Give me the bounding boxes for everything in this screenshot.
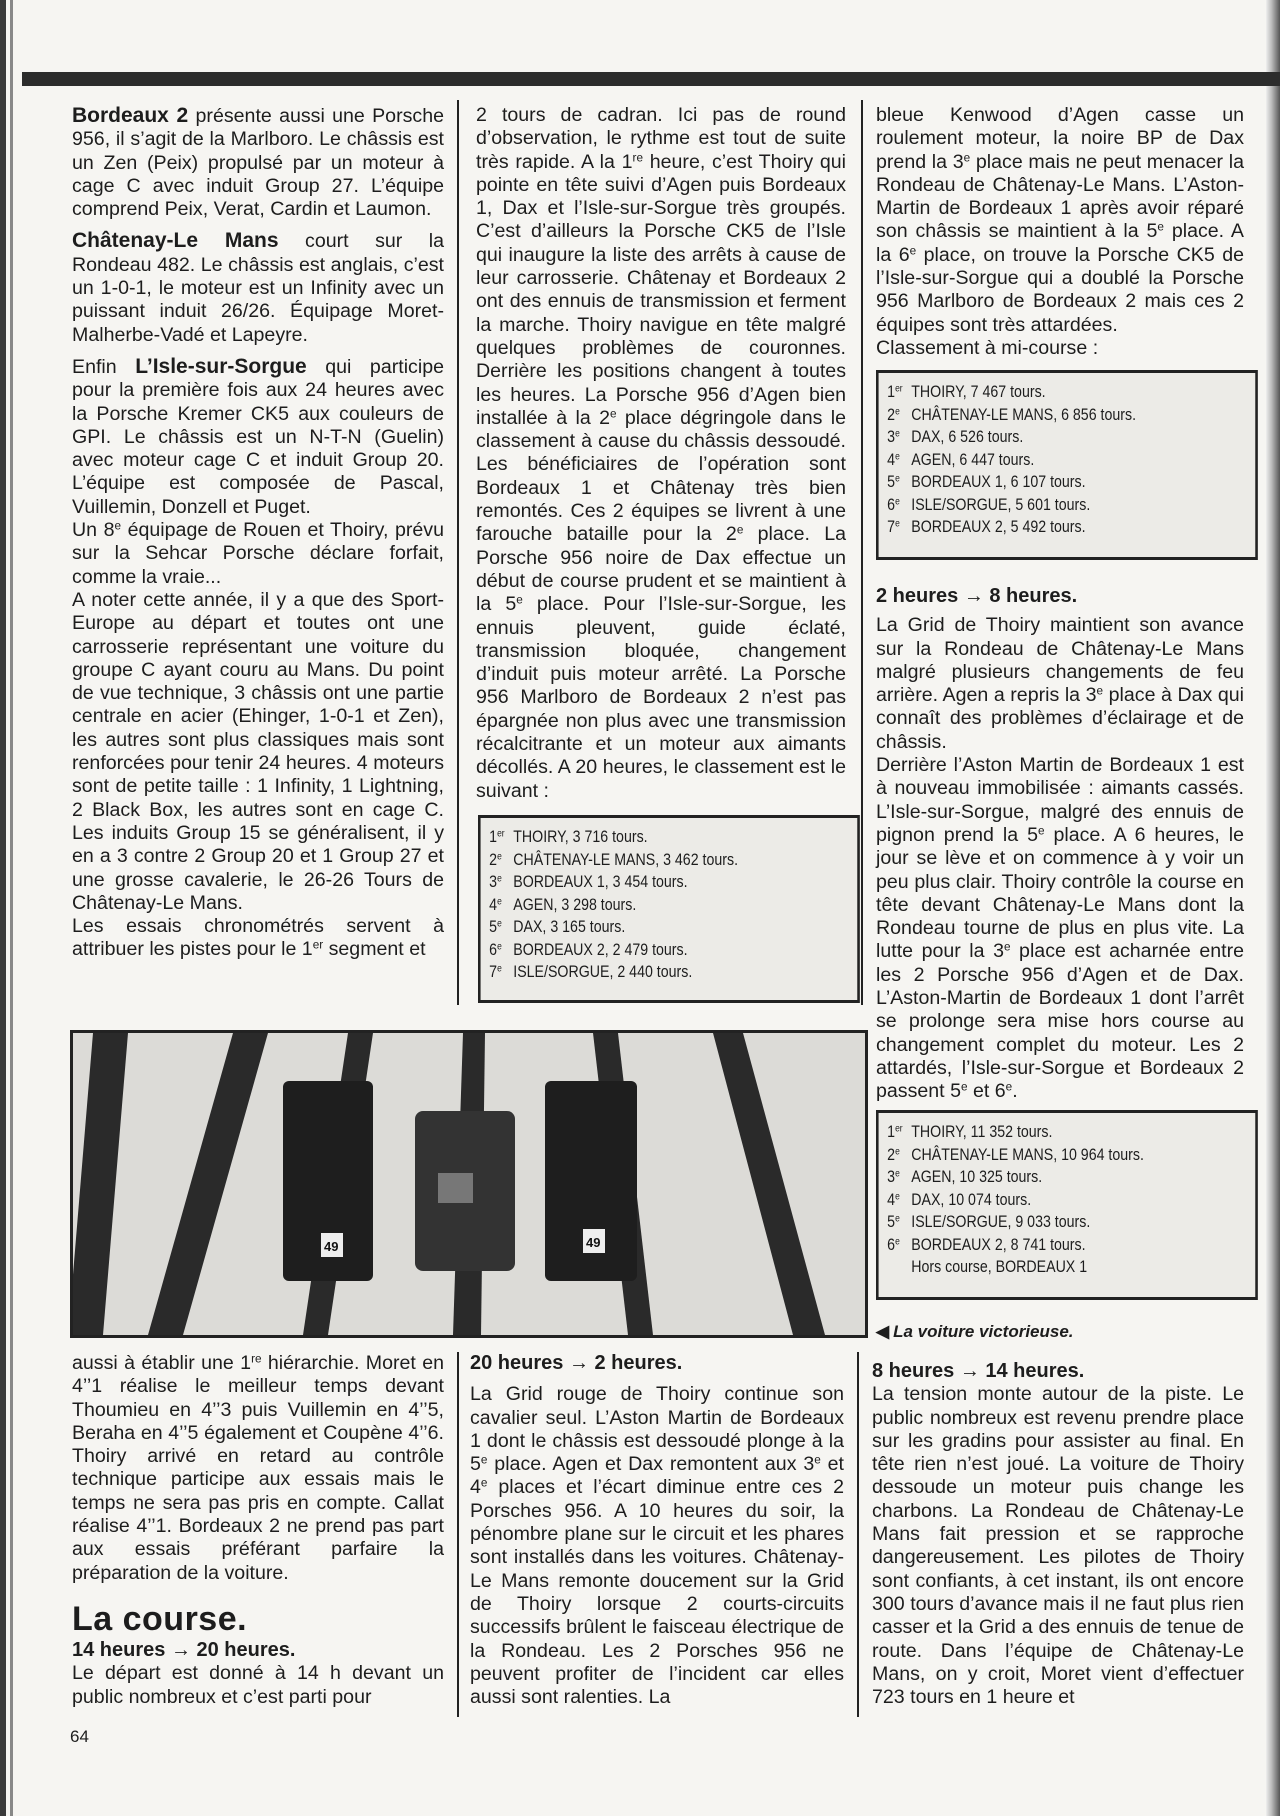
rank: 2e bbox=[489, 849, 513, 872]
ordinal-suffix: e bbox=[895, 1191, 900, 1202]
section-title-2h-8h: 2 heures → 8 heures. bbox=[876, 585, 1244, 608]
paragraph-8th-crew: Un 8e équipage de Rouen et Thoiry, prévu… bbox=[72, 519, 444, 589]
standings-row: 4eDAX, 10 074 tours. bbox=[887, 1189, 1246, 1212]
rank-number: 4 bbox=[887, 451, 895, 469]
paragraph-text: et 6 bbox=[968, 1080, 1006, 1102]
ordinal-suffix: e bbox=[895, 496, 900, 507]
paragraph-text: place est acharnée entre les 2 Porsche 9… bbox=[876, 940, 1244, 1102]
column-divider bbox=[861, 100, 863, 1005]
paragraph-text: Un 8 bbox=[72, 519, 115, 541]
rank: 3e bbox=[489, 871, 513, 894]
standings-intro: Classement à mi-course : bbox=[876, 337, 1244, 360]
paragraph-text: aussi à établir une 1 bbox=[72, 1352, 251, 1374]
column-divider bbox=[457, 100, 459, 1005]
column-divider bbox=[857, 1352, 859, 1717]
team-result: ISLE/SORGUE, 9 033 tours. bbox=[911, 1213, 1090, 1231]
rank-number: 7 bbox=[887, 518, 895, 536]
standings-box-20h: 1erTHOIRY, 3 716 tours. 2eCHÂTENAY-LE MA… bbox=[478, 815, 860, 1003]
paragraph-isle: Enfin L’Isle-sur-Sorgue qui participe po… bbox=[72, 355, 444, 519]
rank: 1er bbox=[489, 826, 513, 849]
column-1: Bordeaux 2 présente aussi une Porsche 95… bbox=[72, 104, 444, 962]
column-3: bleue Kenwood d’Agen casse un roulement … bbox=[876, 104, 1244, 360]
team-result: THOIRY, 3 716 tours. bbox=[513, 828, 647, 846]
ordinal-suffix: e bbox=[497, 919, 502, 930]
team-result: DAX, 10 074 tours. bbox=[911, 1191, 1031, 1209]
rank: 6e bbox=[887, 494, 911, 517]
team-result: THOIRY, 11 352 tours. bbox=[911, 1123, 1052, 1141]
standings-row: 4eAGEN, 3 298 tours. bbox=[489, 894, 848, 917]
ordinal-suffix: e bbox=[895, 519, 900, 530]
rank-number: 6 bbox=[887, 496, 895, 514]
rank-number: 6 bbox=[489, 941, 497, 959]
team-result: BORDEAUX 2, 2 479 tours. bbox=[513, 941, 687, 959]
team-result: Hors course, BORDEAUX 1 bbox=[911, 1258, 1087, 1276]
column-3-continued: 2 heures → 8 heures. La Grid de Thoiry m… bbox=[876, 585, 1244, 1104]
paragraph-bordeaux2: Bordeaux 2 présente aussi une Porsche 95… bbox=[72, 104, 444, 221]
ordinal-suffix: re bbox=[251, 1353, 261, 1366]
standings-row: 3eAGEN, 10 325 tours. bbox=[887, 1166, 1246, 1189]
paragraph-text: qui participe pour la première fois aux … bbox=[72, 356, 444, 518]
page-binding-edge-inner bbox=[10, 0, 13, 1816]
paragraph-chatenay: Châtenay-Le Mans court sur la Rondeau 48… bbox=[72, 229, 444, 346]
team-name-bordeaux2: Bordeaux 2 bbox=[72, 104, 188, 127]
rank: 1er bbox=[887, 1121, 911, 1144]
paragraph-text: heure, c’est Thoiry qui pointe en tête s… bbox=[476, 151, 846, 429]
ordinal-suffix: e bbox=[895, 1146, 900, 1157]
standings-box-midrace: 1erTHOIRY, 7 467 tours. 2eCHÂTENAY-LE MA… bbox=[876, 370, 1258, 560]
paragraph-text: Enfin bbox=[72, 356, 135, 378]
paragraph-night-to-dawn: Derrière l’Aston Martin de Bordeaux 1 es… bbox=[876, 754, 1244, 1103]
page-number: 64 bbox=[70, 1727, 89, 1747]
rank-number: 1 bbox=[489, 828, 497, 846]
rank: 6e bbox=[887, 1234, 911, 1257]
ordinal-suffix: re bbox=[633, 151, 643, 164]
standings-row: Hors course, BORDEAUX 1 bbox=[887, 1256, 1246, 1279]
ordinal-suffix: e bbox=[895, 451, 900, 462]
rank-number: 4 bbox=[887, 1191, 895, 1209]
team-result: ISLE/SORGUE, 2 440 tours. bbox=[513, 963, 692, 981]
rank: 7e bbox=[489, 961, 513, 984]
rank-number: 5 bbox=[887, 473, 895, 491]
rank-number: 5 bbox=[887, 1213, 895, 1231]
standings-row: 5eISLE/SORGUE, 9 033 tours. bbox=[887, 1211, 1246, 1234]
paragraph-text: . bbox=[1012, 1080, 1017, 1102]
standings-row: 2eCHÂTENAY-LE MANS, 6 856 tours. bbox=[887, 404, 1246, 427]
team-result: DAX, 6 526 tours. bbox=[911, 428, 1023, 446]
ordinal-suffix: e bbox=[895, 1214, 900, 1225]
team-result: AGEN, 10 325 tours. bbox=[911, 1168, 1042, 1186]
rank: 3e bbox=[887, 426, 911, 449]
team-result: BORDEAUX 1, 6 107 tours. bbox=[911, 473, 1085, 491]
section-title-20h-2h: 20 heures → 2 heures. bbox=[470, 1352, 844, 1375]
rank: 1er bbox=[887, 381, 911, 404]
photo-caption: ◀La voiture victorieuse. bbox=[876, 1322, 1074, 1342]
ordinal-suffix: e bbox=[497, 896, 502, 907]
team-result: BORDEAUX 2, 5 492 tours. bbox=[911, 518, 1085, 536]
paragraph-2h-8h: La Grid de Thoiry maintient son avance s… bbox=[876, 614, 1244, 754]
team-result: ISLE/SORGUE, 5 601 tours. bbox=[911, 496, 1090, 514]
paragraph-midrace: bleue Kenwood d’Agen casse un roulement … bbox=[876, 104, 1244, 337]
rank: 2e bbox=[887, 1144, 911, 1167]
rank: 4e bbox=[489, 894, 513, 917]
bottom-column-2: 20 heures → 2 heures. La Grid rouge de T… bbox=[470, 1352, 844, 1709]
rank: 5e bbox=[489, 916, 513, 939]
team-result: BORDEAUX 2, 8 741 tours. bbox=[911, 1236, 1085, 1254]
rank-number: 3 bbox=[887, 428, 895, 446]
paragraph-qualifying: Les essais chronométrés servent à attrib… bbox=[72, 915, 444, 962]
rank: 3e bbox=[887, 1166, 911, 1189]
paragraph-20h-2h: La Grid rouge de Thoiry continue son cav… bbox=[470, 1383, 844, 1709]
svg-text:49: 49 bbox=[586, 1235, 600, 1250]
standings-box-8h: 1erTHOIRY, 11 352 tours. 2eCHÂTENAY-LE M… bbox=[876, 1110, 1258, 1300]
rank-number: 3 bbox=[489, 873, 497, 891]
rank-number: 6 bbox=[887, 1236, 895, 1254]
paragraph-text: place. Pour l’Isle-sur-Sorgue, les ennui… bbox=[476, 593, 846, 801]
ordinal-suffix: e bbox=[895, 1169, 900, 1180]
paragraph-text: places et l’écart diminue entre ces 2 Po… bbox=[470, 1476, 844, 1708]
ordinal-suffix: er bbox=[313, 939, 323, 952]
rank: 2e bbox=[887, 404, 911, 427]
section-title-14h-20h: 14 heures → 20 heures. bbox=[72, 1639, 444, 1662]
svg-text:49: 49 bbox=[324, 1239, 338, 1254]
standings-row: 4eAGEN, 6 447 tours. bbox=[887, 449, 1246, 472]
team-result: CHÂTENAY-LE MANS, 6 856 tours. bbox=[911, 406, 1136, 424]
standings-row: 2eCHÂTENAY-LE MANS, 3 462 tours. bbox=[489, 849, 848, 872]
ordinal-suffix: e bbox=[895, 1236, 900, 1247]
rank-number: 3 bbox=[887, 1168, 895, 1186]
rank-number: 7 bbox=[489, 963, 497, 981]
paragraph-text: segment et bbox=[323, 938, 425, 960]
team-result: AGEN, 3 298 tours. bbox=[513, 896, 636, 914]
team-result: CHÂTENAY-LE MANS, 3 462 tours. bbox=[513, 851, 738, 869]
paragraph-text: équipage de Rouen et Thoiry, prévu sur l… bbox=[72, 519, 444, 588]
ordinal-suffix: e bbox=[895, 429, 900, 440]
standings-row: 3eDAX, 6 526 tours. bbox=[887, 426, 1246, 449]
rank: 7e bbox=[887, 516, 911, 539]
section-title-8h-14h: 8 heures → 14 heures. bbox=[872, 1360, 1244, 1383]
rank: 4e bbox=[887, 1189, 911, 1212]
rank-number: 1 bbox=[887, 1123, 895, 1141]
standings-row: 5eBORDEAUX 1, 6 107 tours. bbox=[887, 471, 1246, 494]
section-heading-la-course: La course. bbox=[72, 1599, 444, 1639]
team-name-chatenay: Châtenay-Le Mans bbox=[72, 229, 279, 252]
column-2: 2 tours de cadran. Ici pas de round d’ob… bbox=[476, 104, 846, 803]
ordinal-suffix: e bbox=[497, 851, 502, 862]
page-right-edge bbox=[1266, 0, 1280, 1816]
rank-number: 5 bbox=[489, 918, 497, 936]
rank: 5e bbox=[887, 471, 911, 494]
rank-number: 2 bbox=[887, 1146, 895, 1164]
standings-row: 6eISLE/SORGUE, 5 601 tours. bbox=[887, 494, 1246, 517]
paragraph-text: hiérarchie. Moret en 4’’1 réalise le mei… bbox=[72, 1352, 444, 1584]
team-name-isle: L’Isle-sur-Sorgue bbox=[135, 355, 307, 378]
slot-track-image: 49 49 bbox=[73, 1033, 865, 1335]
ordinal-suffix: e bbox=[497, 874, 502, 885]
standings-row: 5eDAX, 3 165 tours. bbox=[489, 916, 848, 939]
ordinal-suffix: er bbox=[895, 384, 903, 395]
rank: 5e bbox=[887, 1211, 911, 1234]
standings-row: 6eBORDEAUX 2, 2 479 tours. bbox=[489, 939, 848, 962]
paragraph-8h-14h: La tension monte autour de la piste. Le … bbox=[872, 1383, 1244, 1709]
team-result: BORDEAUX 1, 3 454 tours. bbox=[513, 873, 687, 891]
page-binding-edge bbox=[0, 0, 6, 1816]
rank-number: 2 bbox=[887, 406, 895, 424]
rank-number: 4 bbox=[489, 896, 497, 914]
paragraph-text: place, on trouve la Porsche CK5 de l’Isl… bbox=[876, 244, 1244, 336]
standings-row: 2eCHÂTENAY-LE MANS, 10 964 tours. bbox=[887, 1144, 1246, 1167]
column-divider bbox=[457, 1352, 459, 1717]
standings-row: 7eISLE/SORGUE, 2 440 tours. bbox=[489, 961, 848, 984]
paragraph-race-start-intro: Le départ est donné à 14 h devant un pub… bbox=[72, 1662, 444, 1709]
caption-text: La voiture victorieuse. bbox=[893, 1322, 1073, 1341]
paragraph-text: place. Agen et Dax remontent aux 3 bbox=[487, 1453, 814, 1475]
ordinal-suffix: e bbox=[895, 474, 900, 485]
paragraph-race-start: 2 tours de cadran. Ici pas de round d’ob… bbox=[476, 104, 846, 803]
rank: 4e bbox=[887, 449, 911, 472]
standings-row: 3eBORDEAUX 1, 3 454 tours. bbox=[489, 871, 848, 894]
ordinal-suffix: er bbox=[895, 1124, 903, 1135]
rank-number: 2 bbox=[489, 851, 497, 869]
ordinal-suffix: er bbox=[497, 829, 505, 840]
standings-row: 7eBORDEAUX 2, 5 492 tours. bbox=[887, 516, 1246, 539]
ordinal-suffix: e bbox=[497, 941, 502, 952]
bottom-column-1: aussi à établir une 1re hiérarchie. More… bbox=[72, 1352, 444, 1709]
standings-row: 1erTHOIRY, 11 352 tours. bbox=[887, 1121, 1246, 1144]
bottom-column-3: 8 heures → 14 heures. La tension monte a… bbox=[872, 1360, 1244, 1709]
rank-number: 1 bbox=[887, 383, 895, 401]
standings-row: 1erTHOIRY, 7 467 tours. bbox=[887, 381, 1246, 404]
paragraph-qualifying-times: aussi à établir une 1re hiérarchie. More… bbox=[72, 1352, 444, 1585]
team-result: AGEN, 6 447 tours. bbox=[911, 451, 1034, 469]
paragraph-technical: A noter cette année, il y a que des Spor… bbox=[72, 589, 444, 915]
race-cars-photo: 49 49 bbox=[70, 1030, 868, 1338]
team-result: DAX, 3 165 tours. bbox=[513, 918, 625, 936]
standings-row: 6eBORDEAUX 2, 8 741 tours. bbox=[887, 1234, 1246, 1257]
header-band bbox=[22, 72, 1280, 86]
team-result: THOIRY, 7 467 tours. bbox=[911, 383, 1045, 401]
ordinal-suffix: e bbox=[497, 964, 502, 975]
standings-row: 1erTHOIRY, 3 716 tours. bbox=[489, 826, 848, 849]
caption-arrow-icon: ◀ bbox=[876, 1322, 889, 1341]
ordinal-suffix: e bbox=[895, 406, 900, 417]
rank: 6e bbox=[489, 939, 513, 962]
team-result: CHÂTENAY-LE MANS, 10 964 tours. bbox=[911, 1146, 1144, 1164]
